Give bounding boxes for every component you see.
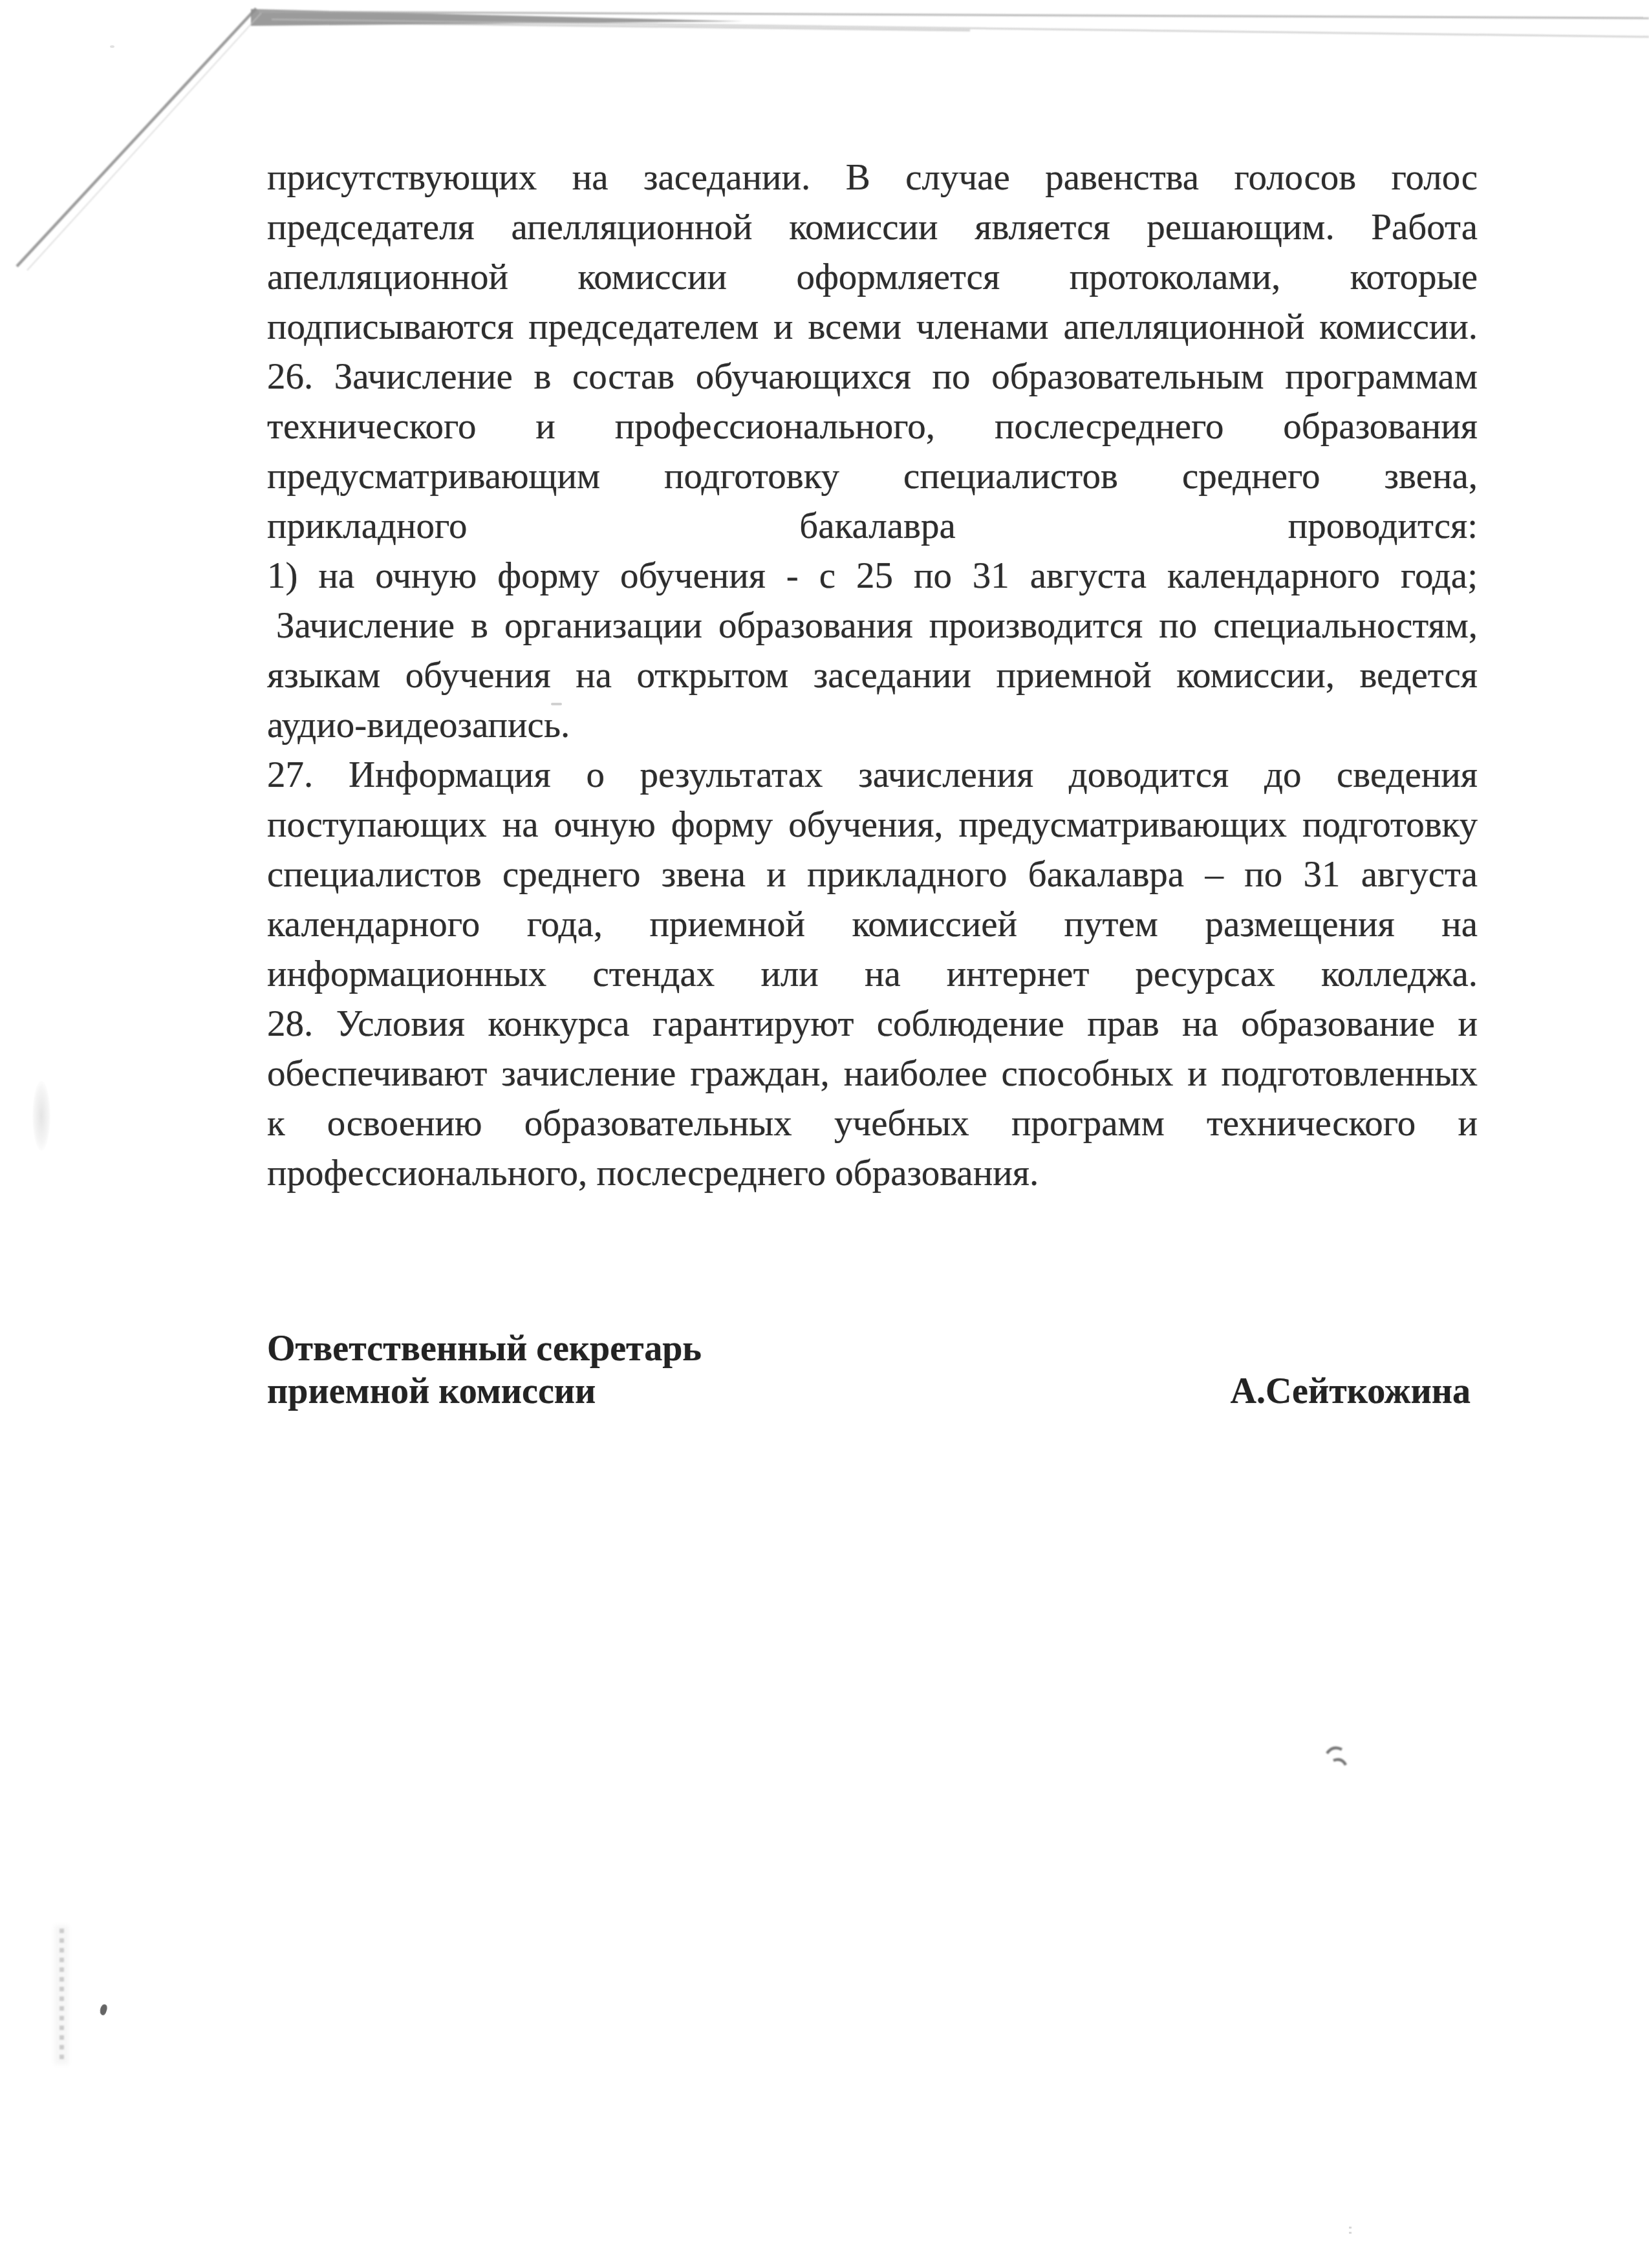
text-line: специалистов среднего звена и прикладног…: [267, 850, 1478, 899]
text-line: языкам обучения на открытом заседании пр…: [267, 650, 1478, 700]
text-line: присутствующих на заседании. В случае ра…: [267, 153, 1478, 202]
scan-dotted-line: [59, 1929, 64, 2059]
text-line: информационных стендах или на интернет р…: [267, 949, 1478, 999]
document-body: присутствующих на заседании. В случае ра…: [267, 153, 1478, 1198]
text-line: предусматривающим подготовку специалисто…: [267, 451, 1478, 501]
text-line: подписываются председателем и всеми член…: [267, 302, 1478, 352]
text-line: прикладного бакалавра проводится:: [267, 501, 1478, 551]
signature-name: А.Сейткожина: [1231, 1370, 1478, 1413]
text-line: поступающих на очную форму обучения, пре…: [267, 800, 1478, 850]
ink-speck: [1349, 2227, 1352, 2236]
text-line: 1) на очную форму обучения - с 25 по 31 …: [267, 551, 1478, 601]
text-line: 26. Зачисление в состав обучающихся по о…: [267, 352, 1478, 401]
text-line: Зачисление в организации образования про…: [267, 601, 1478, 650]
scanned-document-page: присутствующих на заседании. В случае ра…: [0, 0, 1649, 2268]
signature-role-line2: приемной комиссии: [267, 1370, 596, 1413]
text-line: председателя апелляционной комиссии явля…: [267, 202, 1478, 252]
text-line: календарного года, приемной комиссией пу…: [267, 899, 1478, 949]
signature-role-line1: Ответственный секретарь: [267, 1327, 1478, 1370]
text-line: технического и профессионального, послес…: [267, 401, 1478, 451]
scan-smudge: [32, 1081, 50, 1151]
text-line: к освоению образовательных учебных прогр…: [267, 1098, 1478, 1148]
text-line: профессионального, послесреднего образов…: [267, 1148, 1478, 1198]
text-line: 28. Условия конкурса гарантируют соблюде…: [267, 999, 1478, 1049]
text-line: 27. Информация о результатах зачисления …: [267, 750, 1478, 800]
text-line: обеспечивают зачисление граждан, наиболе…: [267, 1049, 1478, 1098]
signature-block: Ответственный секретарь приемной комисси…: [267, 1327, 1478, 1413]
text-line: апелляционной комиссии оформляется прото…: [267, 252, 1478, 302]
ink-speck: [110, 45, 114, 48]
text-line: аудио-видеозапись.: [267, 700, 1478, 750]
